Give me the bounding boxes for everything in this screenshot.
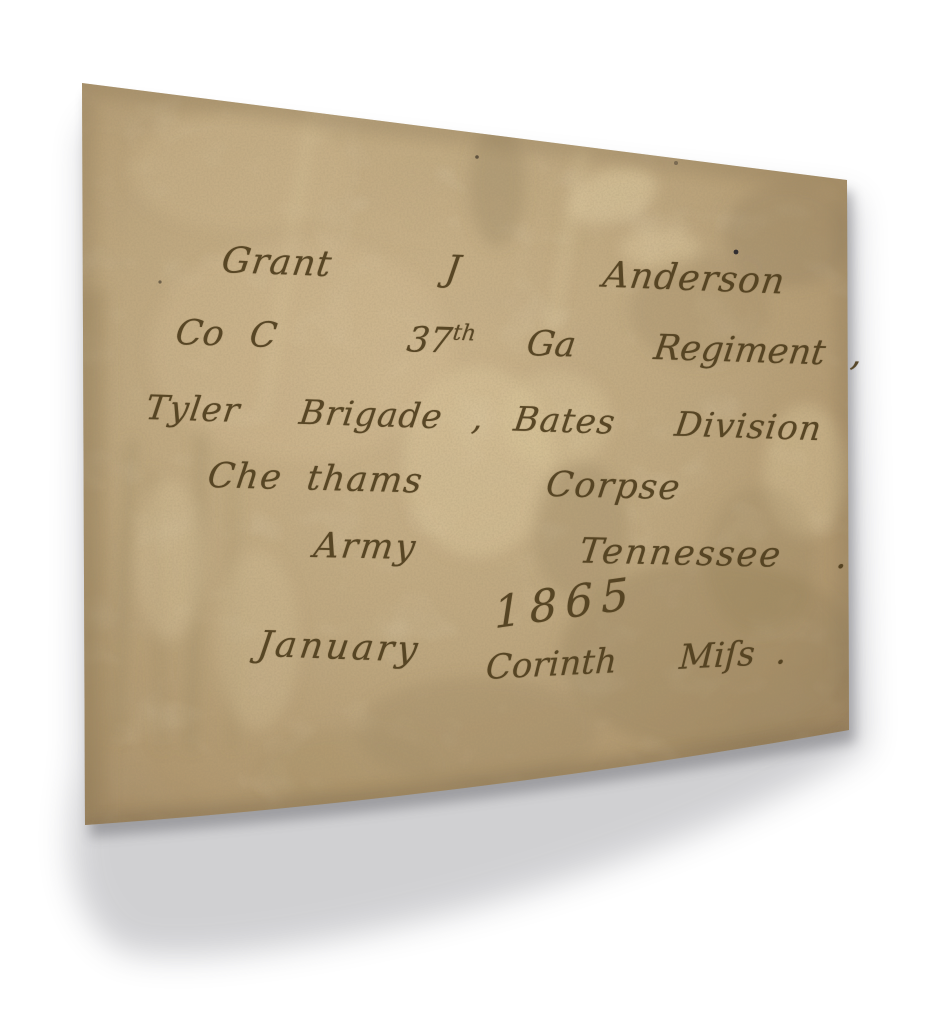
handwritten-month: January [255, 624, 423, 670]
note-photo [0, 0, 936, 1024]
photo-canvas: Grant J Anderson Co C 37th Ga Regiment ,… [0, 0, 936, 1024]
paper-texture [60, 60, 880, 850]
